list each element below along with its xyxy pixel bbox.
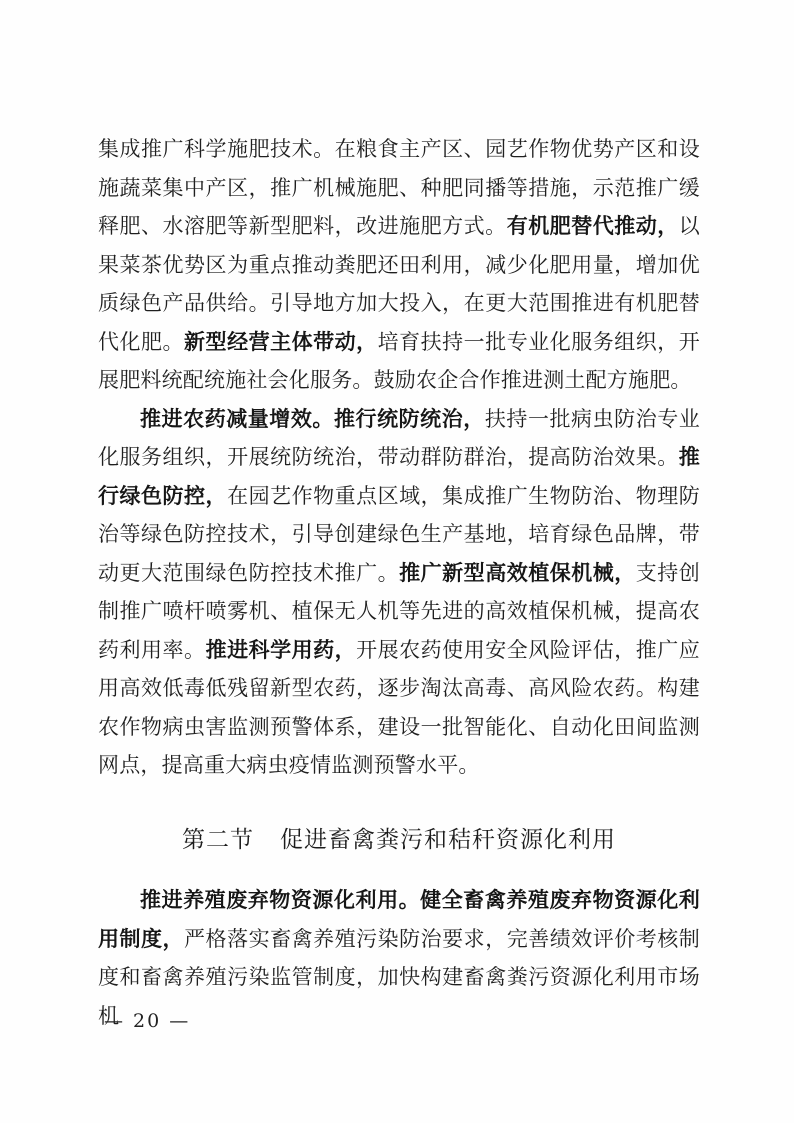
section-heading: 第二节促进畜禽粪污和秸秆资源化利用	[98, 821, 700, 860]
document-page: 集成推广科学施肥技术。在粮食主产区、园艺作物优势产区和设施蔬菜集中产区，推广机械…	[0, 0, 794, 1123]
text-run-bold: 有机肥替代推动，	[507, 213, 679, 238]
section-title: 促进畜禽粪污和秸秆资源化利用	[280, 827, 616, 853]
section-number: 第二节	[182, 827, 254, 853]
text-run-bold: 推进农药减量增效。推行统防统治，	[140, 406, 485, 431]
text-run-bold: 新型经营主体带动，	[184, 329, 378, 354]
paragraph-fertilizer-reduction: 集成推广科学施肥技术。在粮食主产区、园艺作物优势产区和设施蔬菜集中产区，推广机械…	[98, 130, 700, 400]
text-run-bold: 推进科学用药，	[206, 637, 357, 662]
text-column: 集成推广科学施肥技术。在粮食主产区、园艺作物优势产区和设施蔬菜集中产区，推广机械…	[98, 130, 700, 1035]
page-number: — 20 —	[104, 1008, 190, 1034]
text-run-bold: 推广新型高效植保机械，	[399, 560, 636, 585]
paragraph-pesticide-reduction: 推进农药减量增效。推行统防统治，扶持一批病虫防治专业化服务组织，开展统防统治，带…	[98, 400, 700, 785]
